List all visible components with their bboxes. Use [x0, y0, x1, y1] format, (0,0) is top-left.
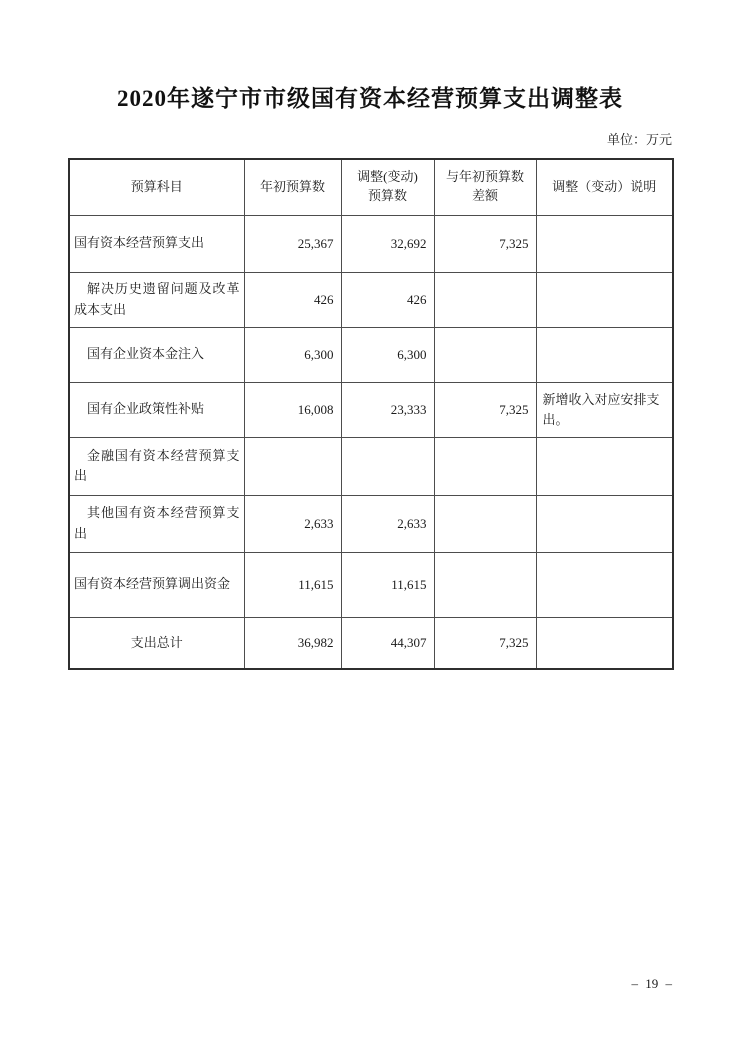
- cell-adjusted-budget: 11,615: [341, 552, 434, 617]
- col-header-note: 调整（变动）说明: [536, 159, 673, 215]
- cell-difference: [434, 437, 536, 495]
- cell-difference: [434, 327, 536, 382]
- col-header-difference-line1: 与年初预算数: [446, 169, 524, 184]
- table-row: 金融国有资本经营预算支出: [69, 437, 673, 495]
- cell-subject: 国有企业资本金注入: [69, 327, 244, 382]
- cell-adjusted-budget: 23,333: [341, 382, 434, 437]
- cell-note: [536, 327, 673, 382]
- cell-note: [536, 495, 673, 552]
- cell-note: [536, 437, 673, 495]
- cell-difference: [434, 495, 536, 552]
- cell-note: [536, 215, 673, 272]
- unit-label: 单位：万元: [68, 129, 672, 148]
- cell-note: 新增收入对应安排支出。: [536, 382, 673, 437]
- table-row: 解决历史遗留问题及改革成本支出 426 426: [69, 272, 673, 327]
- col-header-initial-budget: 年初预算数: [244, 159, 341, 215]
- cell-adjusted-budget: 426: [341, 272, 434, 327]
- cell-subject: 金融国有资本经营预算支出: [69, 437, 244, 495]
- table-total-row: 支出总计 36,982 44,307 7,325: [69, 617, 673, 669]
- table-row: 国有企业政策性补贴 16,008 23,333 7,325 新增收入对应安排支出…: [69, 382, 673, 437]
- cell-initial-budget: 2,633: [244, 495, 341, 552]
- document-page: 2020年遂宁市市级国有资本经营预算支出调整表 单位：万元 预算科目 年初预算数…: [0, 0, 740, 1043]
- cell-initial-budget: 426: [244, 272, 341, 327]
- page-number: – 19 –: [68, 976, 672, 992]
- cell-subject: 解决历史遗留问题及改革成本支出: [69, 272, 244, 327]
- cell-initial-budget: 25,367: [244, 215, 341, 272]
- col-header-difference-line2: 差额: [472, 188, 498, 203]
- col-header-adjusted-budget: 调整(变动) 预算数: [341, 159, 434, 215]
- cell-note: [536, 617, 673, 669]
- cell-adjusted-budget: 32,692: [341, 215, 434, 272]
- cell-initial-budget: 36,982: [244, 617, 341, 669]
- page-title: 2020年遂宁市市级国有资本经营预算支出调整表: [0, 0, 740, 113]
- cell-subject: 其他国有资本经营预算支出: [69, 495, 244, 552]
- table-row: 国有企业资本金注入 6,300 6,300: [69, 327, 673, 382]
- table-row: 国有资本经营预算调出资金 11,615 11,615: [69, 552, 673, 617]
- cell-difference: 7,325: [434, 617, 536, 669]
- cell-difference: 7,325: [434, 215, 536, 272]
- cell-initial-budget: [244, 437, 341, 495]
- cell-subject: 国有资本经营预算调出资金: [69, 552, 244, 617]
- cell-subject: 国有资本经营预算支出: [69, 215, 244, 272]
- cell-subject-total: 支出总计: [69, 617, 244, 669]
- cell-initial-budget: 6,300: [244, 327, 341, 382]
- cell-subject: 国有企业政策性补贴: [69, 382, 244, 437]
- cell-adjusted-budget: 6,300: [341, 327, 434, 382]
- cell-difference: [434, 552, 536, 617]
- table-row: 其他国有资本经营预算支出 2,633 2,633: [69, 495, 673, 552]
- budget-adjustment-table: 预算科目 年初预算数 调整(变动) 预算数 与年初预算数 差额 调整（变动）说明…: [68, 158, 674, 670]
- cell-adjusted-budget: 2,633: [341, 495, 434, 552]
- table-row: 国有资本经营预算支出 25,367 32,692 7,325: [69, 215, 673, 272]
- cell-adjusted-budget: 44,307: [341, 617, 434, 669]
- cell-difference: [434, 272, 536, 327]
- cell-note: [536, 552, 673, 617]
- cell-difference: 7,325: [434, 382, 536, 437]
- cell-initial-budget: 11,615: [244, 552, 341, 617]
- table-header-row: 预算科目 年初预算数 调整(变动) 预算数 与年初预算数 差额 调整（变动）说明: [69, 159, 673, 215]
- cell-note: [536, 272, 673, 327]
- col-header-difference: 与年初预算数 差额: [434, 159, 536, 215]
- col-header-subject: 预算科目: [69, 159, 244, 215]
- cell-initial-budget: 16,008: [244, 382, 341, 437]
- cell-adjusted-budget: [341, 437, 434, 495]
- col-header-adjusted-line2: 预算数: [368, 188, 407, 203]
- col-header-adjusted-line1: 调整(变动): [357, 169, 418, 184]
